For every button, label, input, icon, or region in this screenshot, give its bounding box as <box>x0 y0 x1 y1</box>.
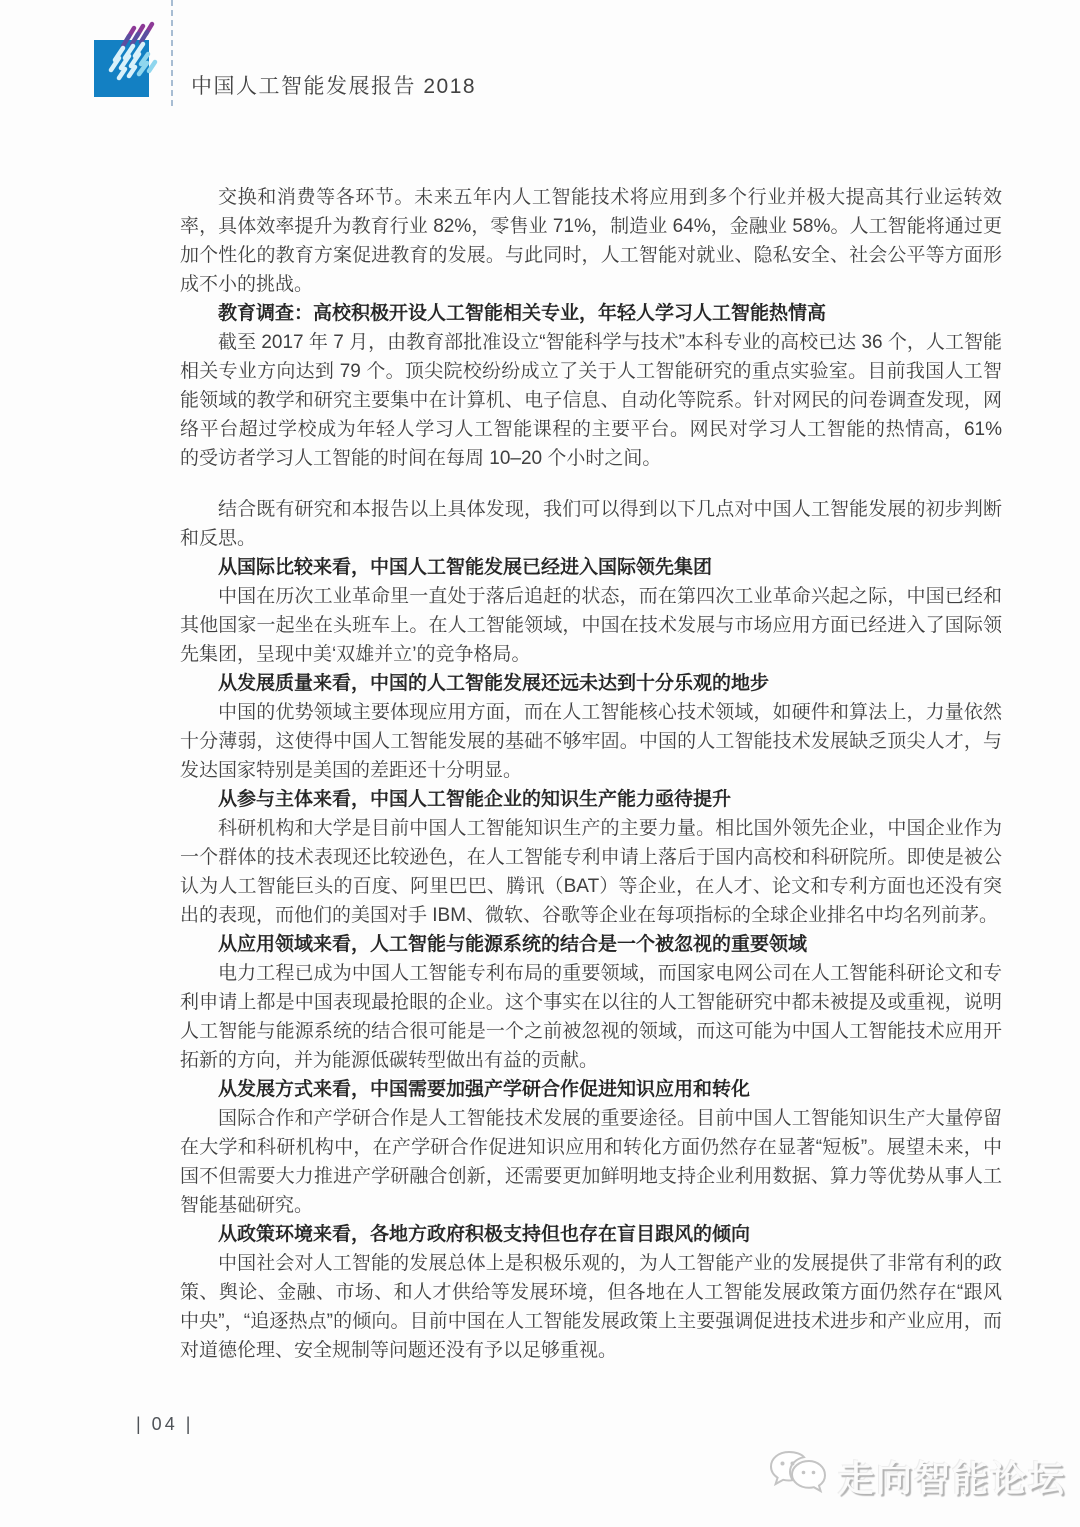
header-dashed-divider <box>171 0 173 106</box>
section-heading: 从参与主体来看，中国人工智能企业的知识生产能力亟待提升 <box>180 785 1002 814</box>
paragraph: 国际合作和产学研合作是人工智能技术发展的重要途径。目前中国人工智能知识生产大量停… <box>180 1104 1002 1220</box>
section-heading: 教育调查：高校积极开设人工智能相关专业，年轻人学习人工智能热情高 <box>180 299 1002 328</box>
report-logo-icon <box>88 12 200 116</box>
paragraph: 交换和消费等各环节。未来五年内人工智能技术将应用到多个行业并极大提高其行业运转效… <box>180 183 1002 299</box>
paragraph: 科研机构和大学是目前中国人工智能知识生产的主要力量。相比国外领先企业，中国企业作… <box>180 814 1002 930</box>
page-number: | 04 | <box>136 1414 193 1435</box>
section-heading: 从发展质量来看，中国的人工智能发展还远未达到十分乐观的地步 <box>180 669 1002 698</box>
paragraph: 截至 2017 年 7 月，由教育部批准设立“智能科学与技术”本科专业的高校已达… <box>180 328 1002 473</box>
paragraph: 中国在历次工业革命里一直处于落后追赶的状态，而在第四次工业革命兴起之际，中国已经… <box>180 582 1002 669</box>
watermark-text: 走向智能论坛 <box>838 1451 1066 1502</box>
report-body: 交换和消费等各环节。未来五年内人工智能技术将应用到多个行业并极大提高其行业运转效… <box>180 183 1002 1365</box>
paragraph: 结合既有研究和本报告以上具体发现，我们可以得到以下几点对中国人工智能发展的初步判… <box>180 495 1002 553</box>
watermark: 走向智能论坛 <box>768 1448 1066 1504</box>
section-heading: 从国际比较来看，中国人工智能发展已经进入国际领先集团 <box>180 553 1002 582</box>
section-heading: 从发展方式来看，中国需要加强产学研合作促进知识应用和转化 <box>180 1075 1002 1104</box>
section-heading: 从政策环境来看，各地方政府积极支持但也存在盲目跟风的倾向 <box>180 1220 1002 1249</box>
page-header: 中国人工智能发展报告 2018 <box>0 0 1080 130</box>
section-heading: 从应用领域来看，人工智能与能源系统的结合是一个被忽视的重要领域 <box>180 930 1002 959</box>
paragraph: 电力工程已成为中国人工智能专利布局的重要领域，而国家电网公司在人工智能科研论文和… <box>180 959 1002 1075</box>
paragraph: 中国社会对人工智能的发展总体上是积极乐观的，为人工智能产业的发展提供了非常有利的… <box>180 1249 1002 1365</box>
paragraph: 中国的优势领域主要体现应用方面，而在人工智能核心技术领域，如硬件和算法上，力量依… <box>180 698 1002 785</box>
wechat-icon <box>768 1448 830 1504</box>
report-page: 中国人工智能发展报告 2018 交换和消费等各环节。未来五年内人工智能技术将应用… <box>0 0 1080 1527</box>
report-title: 中国人工智能发展报告 2018 <box>191 70 476 100</box>
